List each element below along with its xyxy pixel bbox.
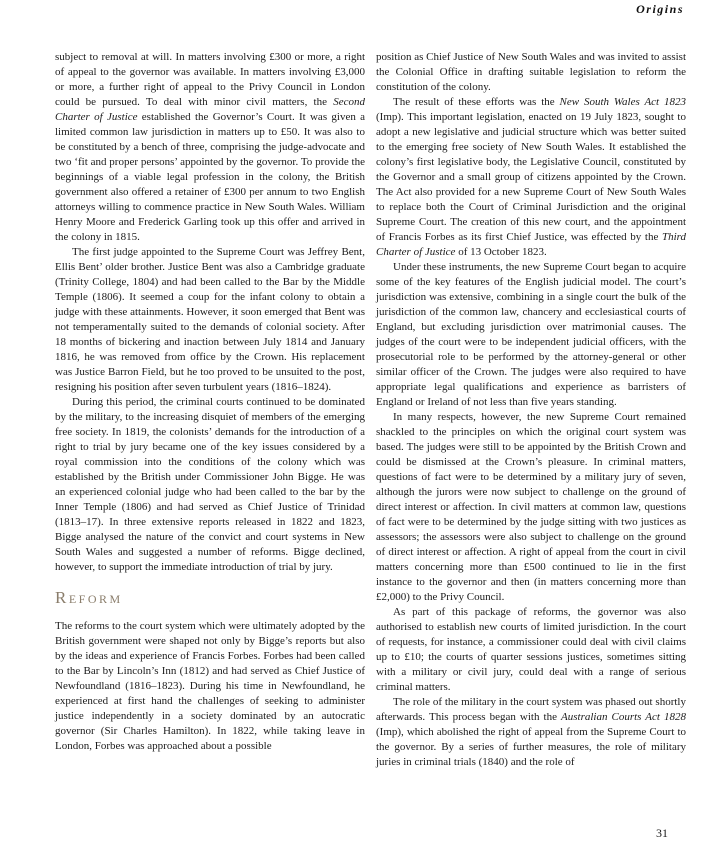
right-column: position as Chief Justice of New South W… — [376, 50, 686, 770]
paragraph: During this period, the criminal courts … — [55, 395, 365, 575]
running-header: Origins — [636, 2, 684, 17]
paragraph: The reforms to the court system which we… — [55, 619, 365, 754]
paragraph: The result of these efforts was the New … — [376, 95, 686, 260]
paragraph: The first judge appointed to the Supreme… — [55, 245, 365, 395]
paragraph: Under these instruments, the new Supreme… — [376, 260, 686, 410]
left-column: subject to removal at will. In matters i… — [55, 50, 365, 770]
paragraph: position as Chief Justice of New South W… — [376, 50, 686, 95]
paragraph: In many respects, however, the new Supre… — [376, 410, 686, 605]
section-heading: Reform — [55, 590, 365, 605]
paragraph: The role of the military in the court sy… — [376, 695, 686, 770]
paragraph: subject to removal at will. In matters i… — [55, 50, 365, 245]
page-number: 31 — [656, 826, 668, 841]
text-columns: subject to removal at will. In matters i… — [55, 50, 686, 770]
paragraph: As part of this package of reforms, the … — [376, 605, 686, 695]
